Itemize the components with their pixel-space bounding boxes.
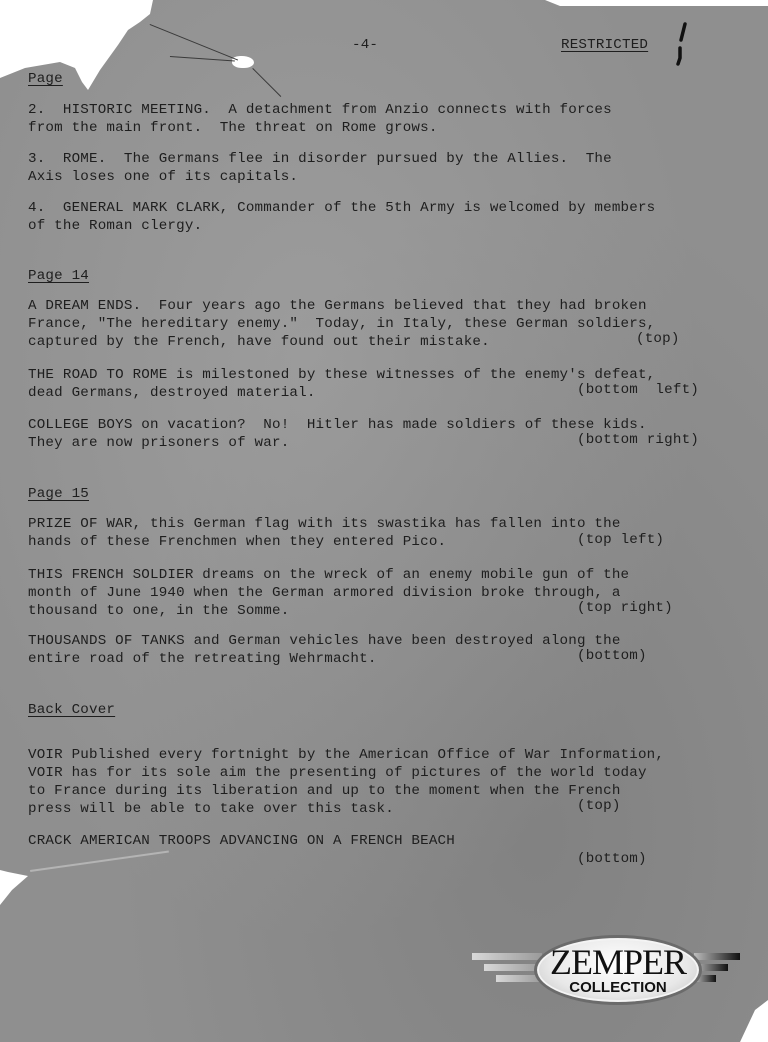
entry-line: to France during its liberation and up t… [28, 782, 621, 800]
logo-title: ZEMPER [537, 944, 699, 980]
entry-line: Axis loses one of its capitals. [28, 168, 298, 186]
logo-badge: ZEMPER COLLECTION [534, 935, 702, 1005]
entry-line: captured by the French, have found out t… [28, 333, 490, 351]
entry-line: of the Roman clergy. [28, 217, 202, 235]
entry-line: They are now prisoners of war. [28, 434, 289, 452]
photo-position: (top right) [577, 599, 673, 617]
entry-line: PRIZE OF WAR, this German flag with its … [28, 515, 621, 533]
section-heading: Back Cover [28, 701, 115, 719]
entry-line: VOIR has for its sole aim the presenting… [28, 764, 647, 782]
entry-line: entire road of the retreating Wehrmacht. [28, 650, 377, 668]
section-heading: Page [28, 70, 63, 88]
photo-position: (bottom left) [577, 381, 699, 399]
entry-line: A DREAM ENDS. Four years ago the Germans… [28, 297, 647, 315]
entry-line: France, "The hereditary enemy." Today, i… [28, 315, 655, 333]
entry-line: dead Germans, destroyed material. [28, 384, 316, 402]
photo-position: (bottom) [577, 647, 647, 665]
photo-position: (top) [577, 797, 621, 815]
photo-position: (bottom) [577, 850, 647, 868]
entry-line: hands of these Frenchmen when they enter… [28, 533, 446, 551]
photo-position: (top left) [577, 531, 664, 549]
entry-line: 2. HISTORIC MEETING. A detachment from A… [28, 101, 612, 119]
photo-position: (bottom right) [577, 431, 699, 449]
classification-label: RESTRICTED [561, 36, 648, 54]
logo-wing-left [472, 953, 542, 960]
zemper-collection-watermark: ZEMPER COLLECTION [472, 933, 740, 1005]
entry-line: THIS FRENCH SOLDIER dreams on the wreck … [28, 566, 629, 584]
entry-line: 3. ROME. The Germans flee in disorder pu… [28, 150, 612, 168]
entry-line: 4. GENERAL MARK CLARK, Commander of the … [28, 199, 655, 217]
handwritten-mark-icon [676, 22, 688, 68]
page-number: -4- [352, 36, 378, 54]
document: -4- RESTRICTED Page 2. HISTORIC MEETING.… [0, 0, 768, 1042]
logo-wing-right [694, 953, 740, 960]
entry-line: VOIR Published every fortnight by the Am… [28, 746, 664, 764]
logo-subtitle: COLLECTION [537, 980, 699, 996]
section-heading: Page 15 [28, 485, 89, 503]
entry-line: THOUSANDS OF TANKS and German vehicles h… [28, 632, 621, 650]
entry-line: thousand to one, in the Somme. [28, 602, 289, 620]
entry-line: month of June 1940 when the German armor… [28, 584, 621, 602]
photo-position: (top) [636, 330, 680, 348]
entry-line: THE ROAD TO ROME is milestoned by these … [28, 366, 655, 384]
section-heading: Page 14 [28, 267, 89, 285]
entry-line: COLLEGE BOYS on vacation? No! Hitler has… [28, 416, 647, 434]
entry-line: press will be able to take over this tas… [28, 800, 394, 818]
entry-line: from the main front. The threat on Rome … [28, 119, 438, 137]
entry-line: CRACK AMERICAN TROOPS ADVANCING ON A FRE… [28, 832, 455, 850]
